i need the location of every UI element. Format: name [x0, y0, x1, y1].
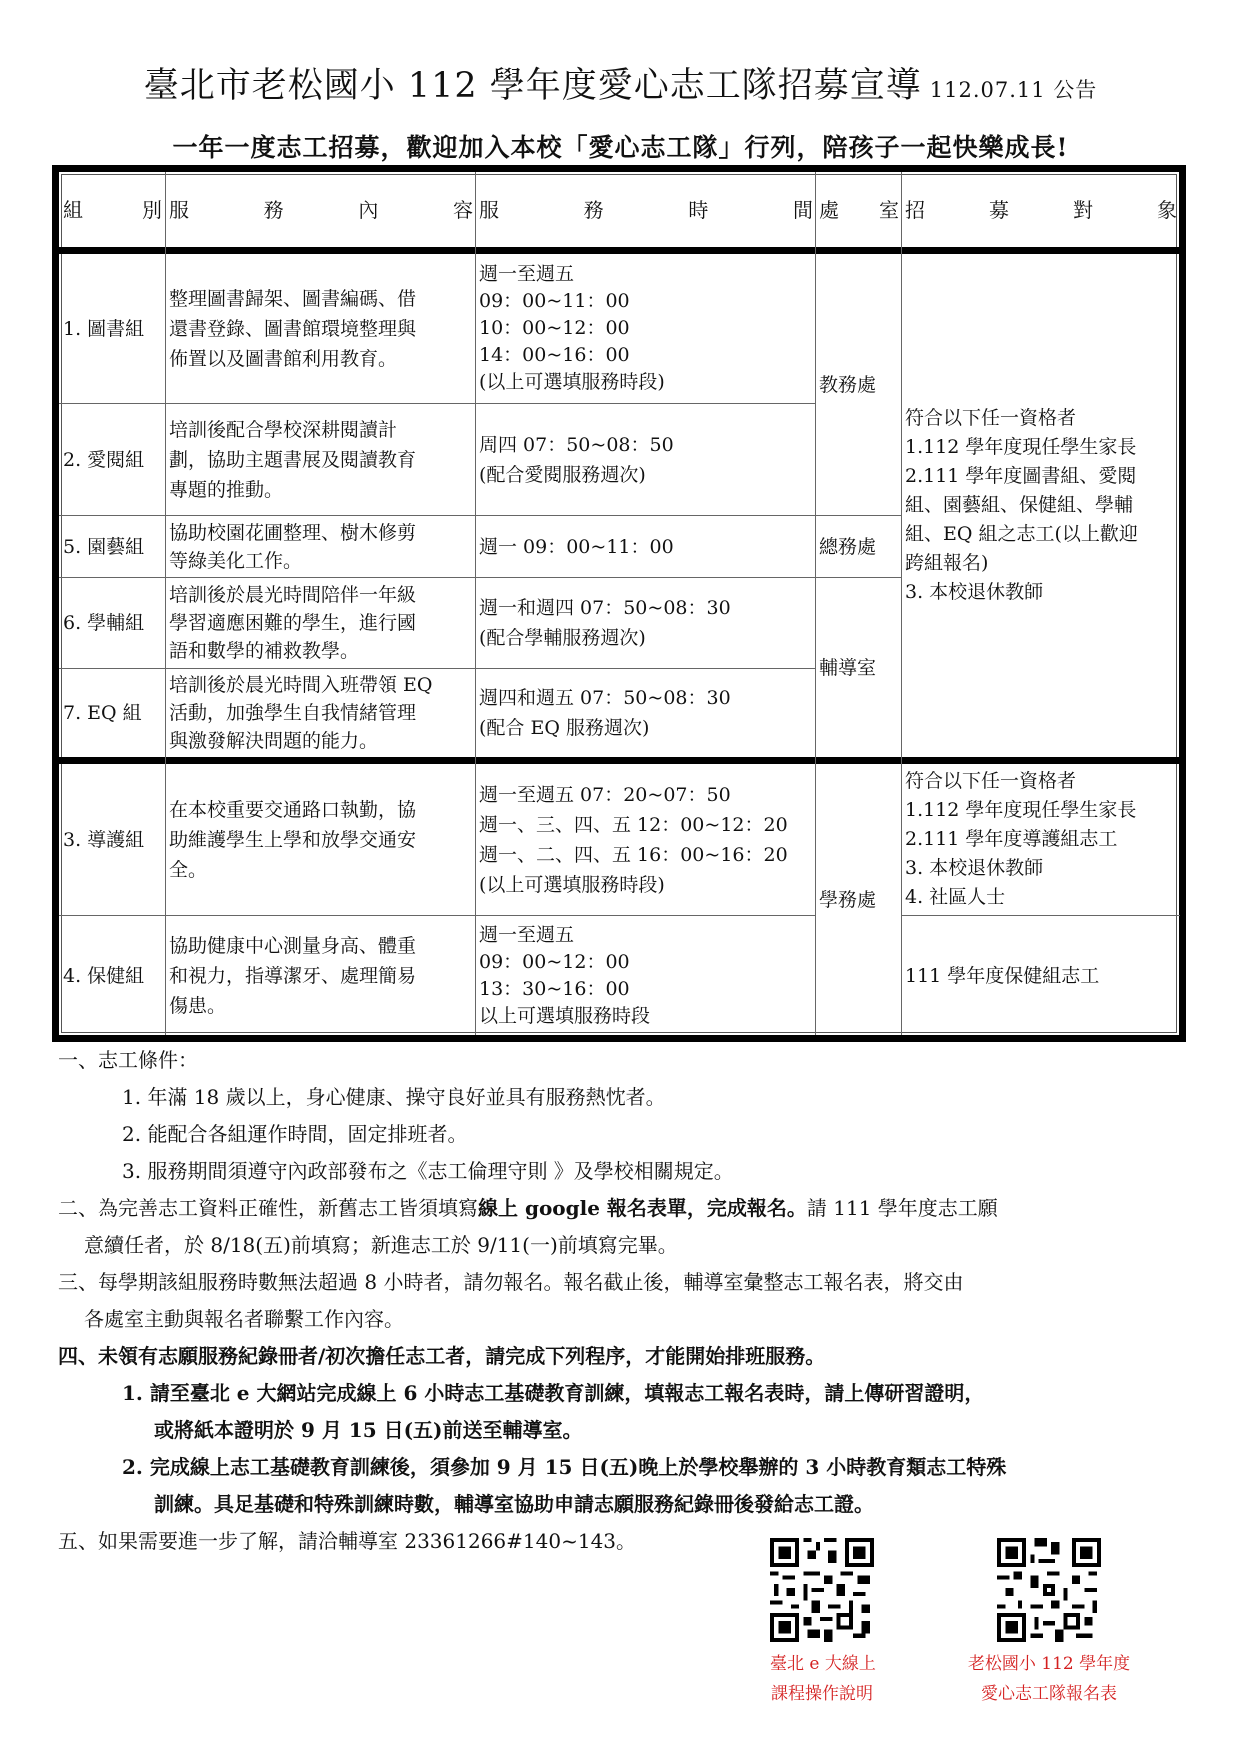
qr-code-icon[interactable]	[770, 1535, 874, 1645]
recruitment-table: 組別 服務內容 服務時間 處室 招募對象 1. 圖書組 整理圖書歸架、圖書編碼、…	[52, 165, 1186, 1042]
note-4-item-cont: 或將紙本證明於 9 月 15 日(五)前送至輔導室。	[58, 1412, 1188, 1449]
note-3-cont: 各處室主動與報名者聯繫工作內容。	[58, 1301, 1188, 1338]
col-header-office: 處室	[816, 174, 902, 246]
col-header-eligibility: 招募對象	[902, 174, 1180, 246]
note-1-item: 1. 年滿 18 歲以上，身心健康、操守良好並具有服務熱忱者。	[58, 1079, 1188, 1116]
col-header-group: 組別	[60, 174, 165, 246]
office-counseling: 輔導室	[816, 578, 901, 757]
table-row-group: 1. 圖書組	[60, 254, 165, 403]
announcement-date: 112.07.11 公告	[930, 78, 1098, 102]
note-2-cont: 意續任者，於 8/18(五)前填寫；新進志工於 9/11(一)前填寫完畢。	[58, 1227, 1188, 1264]
table-row-time: 週一至週五09：00~11：0010：00~12：0014：00~16：00(以…	[476, 254, 815, 403]
table-row-group: 7. EQ 組	[60, 669, 165, 757]
note-4-title: 四、未領有志願服務紀錄冊者/初次擔任志工者，請完成下列程序，才能開始排班服務。	[58, 1338, 1188, 1375]
table-row-time: 週一至週五09：00~12：0013：30~16：00以上可選填服務時段	[476, 916, 815, 1035]
note-4-item-cont: 訓練。具足基礎和特殊訓練時數，輔導室協助申請志願服務紀錄冊後發給志工證。	[58, 1486, 1188, 1523]
block-separator	[52, 757, 1186, 764]
office-academic-affairs: 教務處	[816, 254, 901, 515]
qr-code-icon[interactable]	[997, 1535, 1101, 1645]
note-1-item: 3. 服務期間須遵守內政部發布之《志工倫理守則 》及學校相關規定。	[58, 1153, 1188, 1190]
note-2: 二、為完善志工資料正確性，新舊志工皆須填寫線上 google 報名表單，完成報名…	[58, 1190, 1188, 1227]
table-row-group: 4. 保健組	[60, 916, 165, 1035]
qr-block-2: 老松國小 112 學年度愛心志工隊報名表	[997, 1535, 1149, 1709]
note-3: 三、每學期該組服務時數無法超過 8 小時者，請勿報名。報名截止後，輔導室彙整志工…	[58, 1264, 1188, 1301]
table-row-group: 2. 愛閱組	[60, 404, 165, 515]
table-row-time: 週一至週五 07：20~07：50週一、三、四、五 12：00~12：20週一、…	[476, 764, 815, 915]
header-separator	[52, 247, 1186, 254]
office-student-affairs: 學務處	[816, 764, 901, 1035]
note-2-emphasis: 線上 google 報名表單，完成報名。	[478, 1196, 807, 1220]
page-subtitle: 一年一度志工招募，歡迎加入本校「愛心志工隊」行列，陪孩子一起快樂成長!	[0, 128, 1241, 164]
note-4-item: 1. 請至臺北 e 大網站完成線上 6 小時志工基礎教育訓練，填報志工報名表時，…	[58, 1375, 1188, 1412]
table-row-group: 5. 園藝組	[60, 516, 165, 577]
office-general-affairs: 總務處	[816, 516, 901, 577]
eligibility-block-1: 符合以下任一資格者1.112 學年度現任學生家長2.111 學年度圖書組、愛閱組…	[902, 254, 1180, 757]
note-1-title: 一、志工條件：	[58, 1042, 1188, 1079]
table-row-content: 協助健康中心測量身高、體重和視力，指導潔牙、處理簡易傷患。	[166, 916, 475, 1035]
qr-label-1: 臺北 e 大線上課程操作說明	[770, 1649, 874, 1709]
table-row-content: 培訓後配合學校深耕閱讀計劃，協助主題書展及閱讀教育專題的推動。	[166, 404, 475, 515]
col-header-time: 服務時間	[476, 174, 816, 246]
table-row-content: 協助校園花圃整理、樹木修剪等綠美化工作。	[166, 516, 475, 577]
table-row-time: 週一和週四 07：50~08：30(配合學輔服務週次)	[476, 578, 815, 668]
qr-block-1: 臺北 e 大線上課程操作說明	[770, 1535, 874, 1709]
note-4-item: 2. 完成線上志工基礎教育訓練後，須參加 9 月 15 日(五)晚上於學校舉辦的…	[58, 1449, 1188, 1486]
table-row-content: 培訓後於晨光時間陪伴一年級學習適應困難的學生，進行國語和數學的補救教學。	[166, 578, 475, 668]
qr-label-2: 老松國小 112 學年度愛心志工隊報名表	[949, 1649, 1149, 1709]
table-row-content: 培訓後於晨光時間入班帶領 EQ活動，加強學生自我情緒管理與激發解決問題的能力。	[166, 669, 475, 757]
table-row-time: 周四 07：50~08：50(配合愛閱服務週次)	[476, 404, 815, 515]
title-text: 臺北市老松國小 112 學年度愛心志工隊招募宣導	[144, 66, 922, 106]
note-1-item: 2. 能配合各組運作時間，固定排班者。	[58, 1116, 1188, 1153]
col-header-content: 服務內容	[166, 174, 476, 246]
table-row-content: 整理圖書歸架、圖書編碼、借還書登錄、圖書館環境整理與佈置以及圖書館利用教育。	[166, 254, 475, 403]
eligibility-block-2: 符合以下任一資格者1.112 學年度現任學生家長2.111 學年度導護組志工3.…	[902, 764, 1180, 915]
page-title: 臺北市老松國小 112 學年度愛心志工隊招募宣導112.07.11 公告	[0, 58, 1241, 108]
eligibility-block-3: 111 學年度保健組志工	[902, 916, 1180, 1035]
table-row-group: 6. 學輔組	[60, 578, 165, 668]
table-row-time: 週四和週五 07：50~08：30(配合 EQ 服務週次)	[476, 669, 815, 757]
table-row-group: 3. 導護組	[60, 764, 165, 915]
table-row-time: 週一 09：00~11：00	[476, 516, 815, 577]
table-row-content: 在本校重要交通路口執勤，協助維護學生上學和放學交通安全。	[166, 764, 475, 915]
notes-section: 一、志工條件： 1. 年滿 18 歲以上，身心健康、操守良好並具有服務熱忱者。 …	[58, 1042, 1188, 1560]
